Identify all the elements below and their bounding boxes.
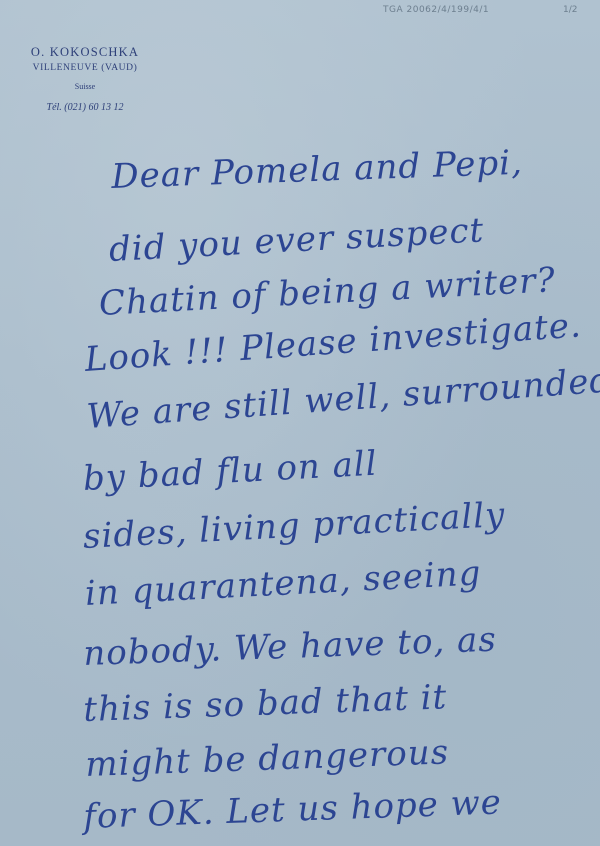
letter-paper: O. KOKOSCHKA VILLENEUVE (VAUD) Suisse Té… [0,0,600,846]
letter-line: sides, living practically [82,498,506,554]
archive-reference: TGA 20062/4/199/4/1 [383,5,489,15]
letter-line: in quarantena, seeing [84,556,482,611]
page-number: 1/2 [563,5,577,15]
letter-line: did you ever suspect [108,213,485,267]
letterhead-town: VILLENEUVE (VAUD) [20,63,150,74]
letter-line: might be dangerous [85,735,450,782]
letter-line: this is so bad that it [83,680,448,727]
letterhead: O. KOKOSCHKA VILLENEUVE (VAUD) Suisse Té… [20,45,150,114]
letterhead-telephone: Tél. (021) 60 13 12 [20,102,150,114]
letterhead-name: O. KOKOSCHKA [20,45,150,59]
letter-line: nobody. We have to, as [83,623,497,671]
letter-line: Dear Pomela and Pepi, [111,146,524,194]
letter-line: by bad flu on all [82,447,378,496]
letter-line: for OK. Let us hope we [83,785,503,834]
letterhead-country: Suisse [20,82,150,92]
